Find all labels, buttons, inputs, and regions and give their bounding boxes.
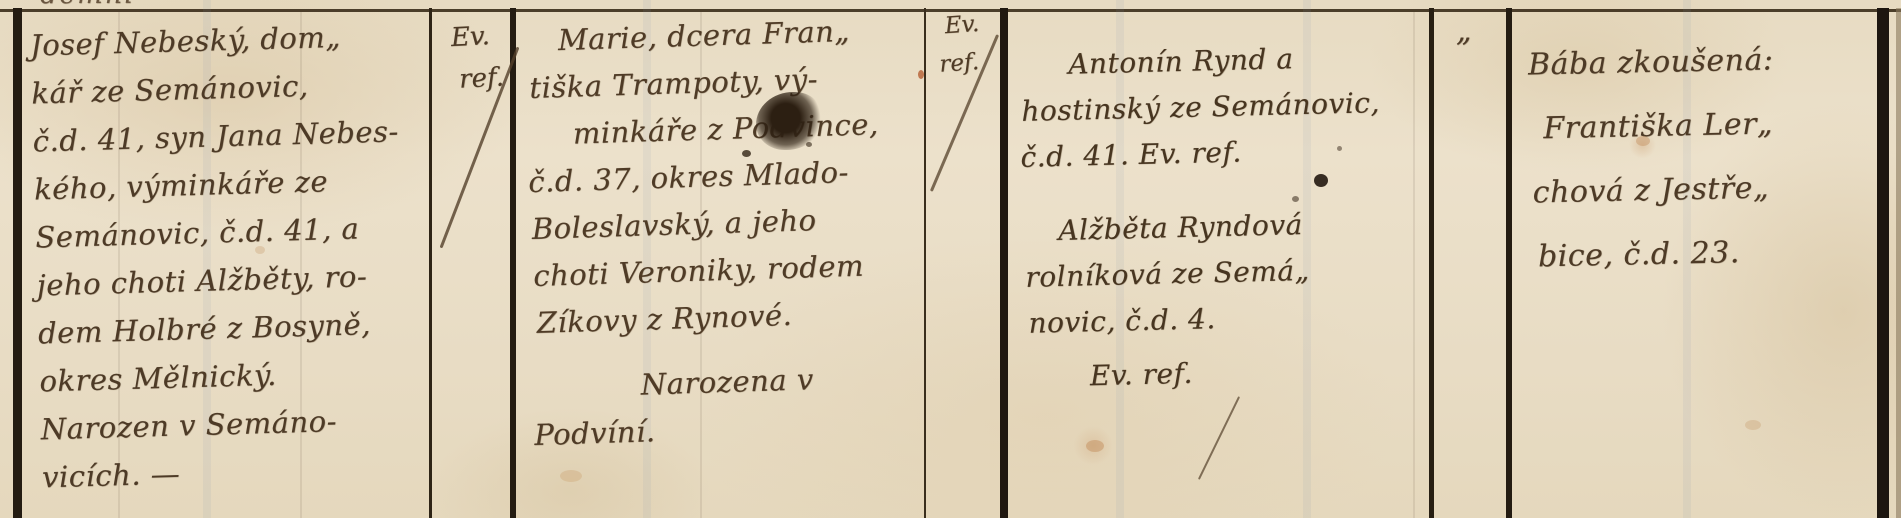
table-left-border: [13, 8, 22, 518]
ink-speck: [1314, 174, 1328, 187]
ink-speck: [1292, 196, 1299, 202]
ink-speck: [806, 142, 812, 147]
column-mother: Marie, dcera Fran„ tiška Trampoty, vý- m…: [519, 6, 928, 459]
handwritten-line: Ev. ref.: [1025, 345, 1426, 401]
column-father: Josef Nebeský, dom„ kář ze Semánovic, č.…: [29, 11, 434, 502]
column-godparents: Antonín Rynd a hostinský ze Semánovic, č…: [1018, 33, 1427, 401]
handwritten-line: novic, č.d. 4.: [1024, 291, 1425, 347]
handwritten-line: Františka Ler„: [1525, 90, 1872, 161]
red-fleck: [918, 70, 924, 79]
column-rule-6: [1506, 8, 1512, 518]
column-midwife: Bába zkoušená: Františka Ler„ chová z Je…: [1523, 26, 1874, 289]
column-rule-2: [510, 8, 516, 518]
foxing-stain: [1086, 440, 1104, 452]
handwritten-line: č.d. 41. Ev. ref.: [1020, 125, 1421, 181]
column-ditto: „: [1446, 14, 1502, 49]
register-page-scan: demni Josef Nebeský, dom„ kář ze Semánov…: [0, 0, 1901, 518]
table-right-border: [1877, 8, 1889, 518]
column-mother-religion: Ev. ref.: [927, 4, 1000, 85]
foxing-stain: [1745, 420, 1761, 430]
ink-speck: [742, 150, 751, 157]
foxing-stain: [255, 246, 265, 254]
handwritten-line: Ev.: [927, 4, 997, 47]
foxing-stain: [560, 470, 582, 482]
foxing-stain: [1636, 136, 1650, 146]
ditto-mark: „: [1446, 14, 1502, 49]
handwritten-line: Ev.: [436, 14, 508, 60]
handwritten-line: bice, č.d. 23.: [1527, 218, 1874, 289]
handwritten-line: chová z Jestře„: [1526, 154, 1873, 225]
column-rule-4: [1000, 8, 1008, 518]
handwritten-line: hostinský ze Semánovic,: [1019, 79, 1420, 135]
column-father-religion: Ev. ref.: [436, 14, 510, 102]
ink-speck: [1337, 146, 1342, 151]
handwritten-line: Bába zkoušená:: [1523, 26, 1870, 97]
pen-flourish-stroke: [1198, 396, 1240, 480]
handwritten-line: vicích. —: [41, 442, 434, 501]
column-rule-5: [1429, 8, 1434, 518]
scan-right-edge: [1896, 8, 1901, 518]
